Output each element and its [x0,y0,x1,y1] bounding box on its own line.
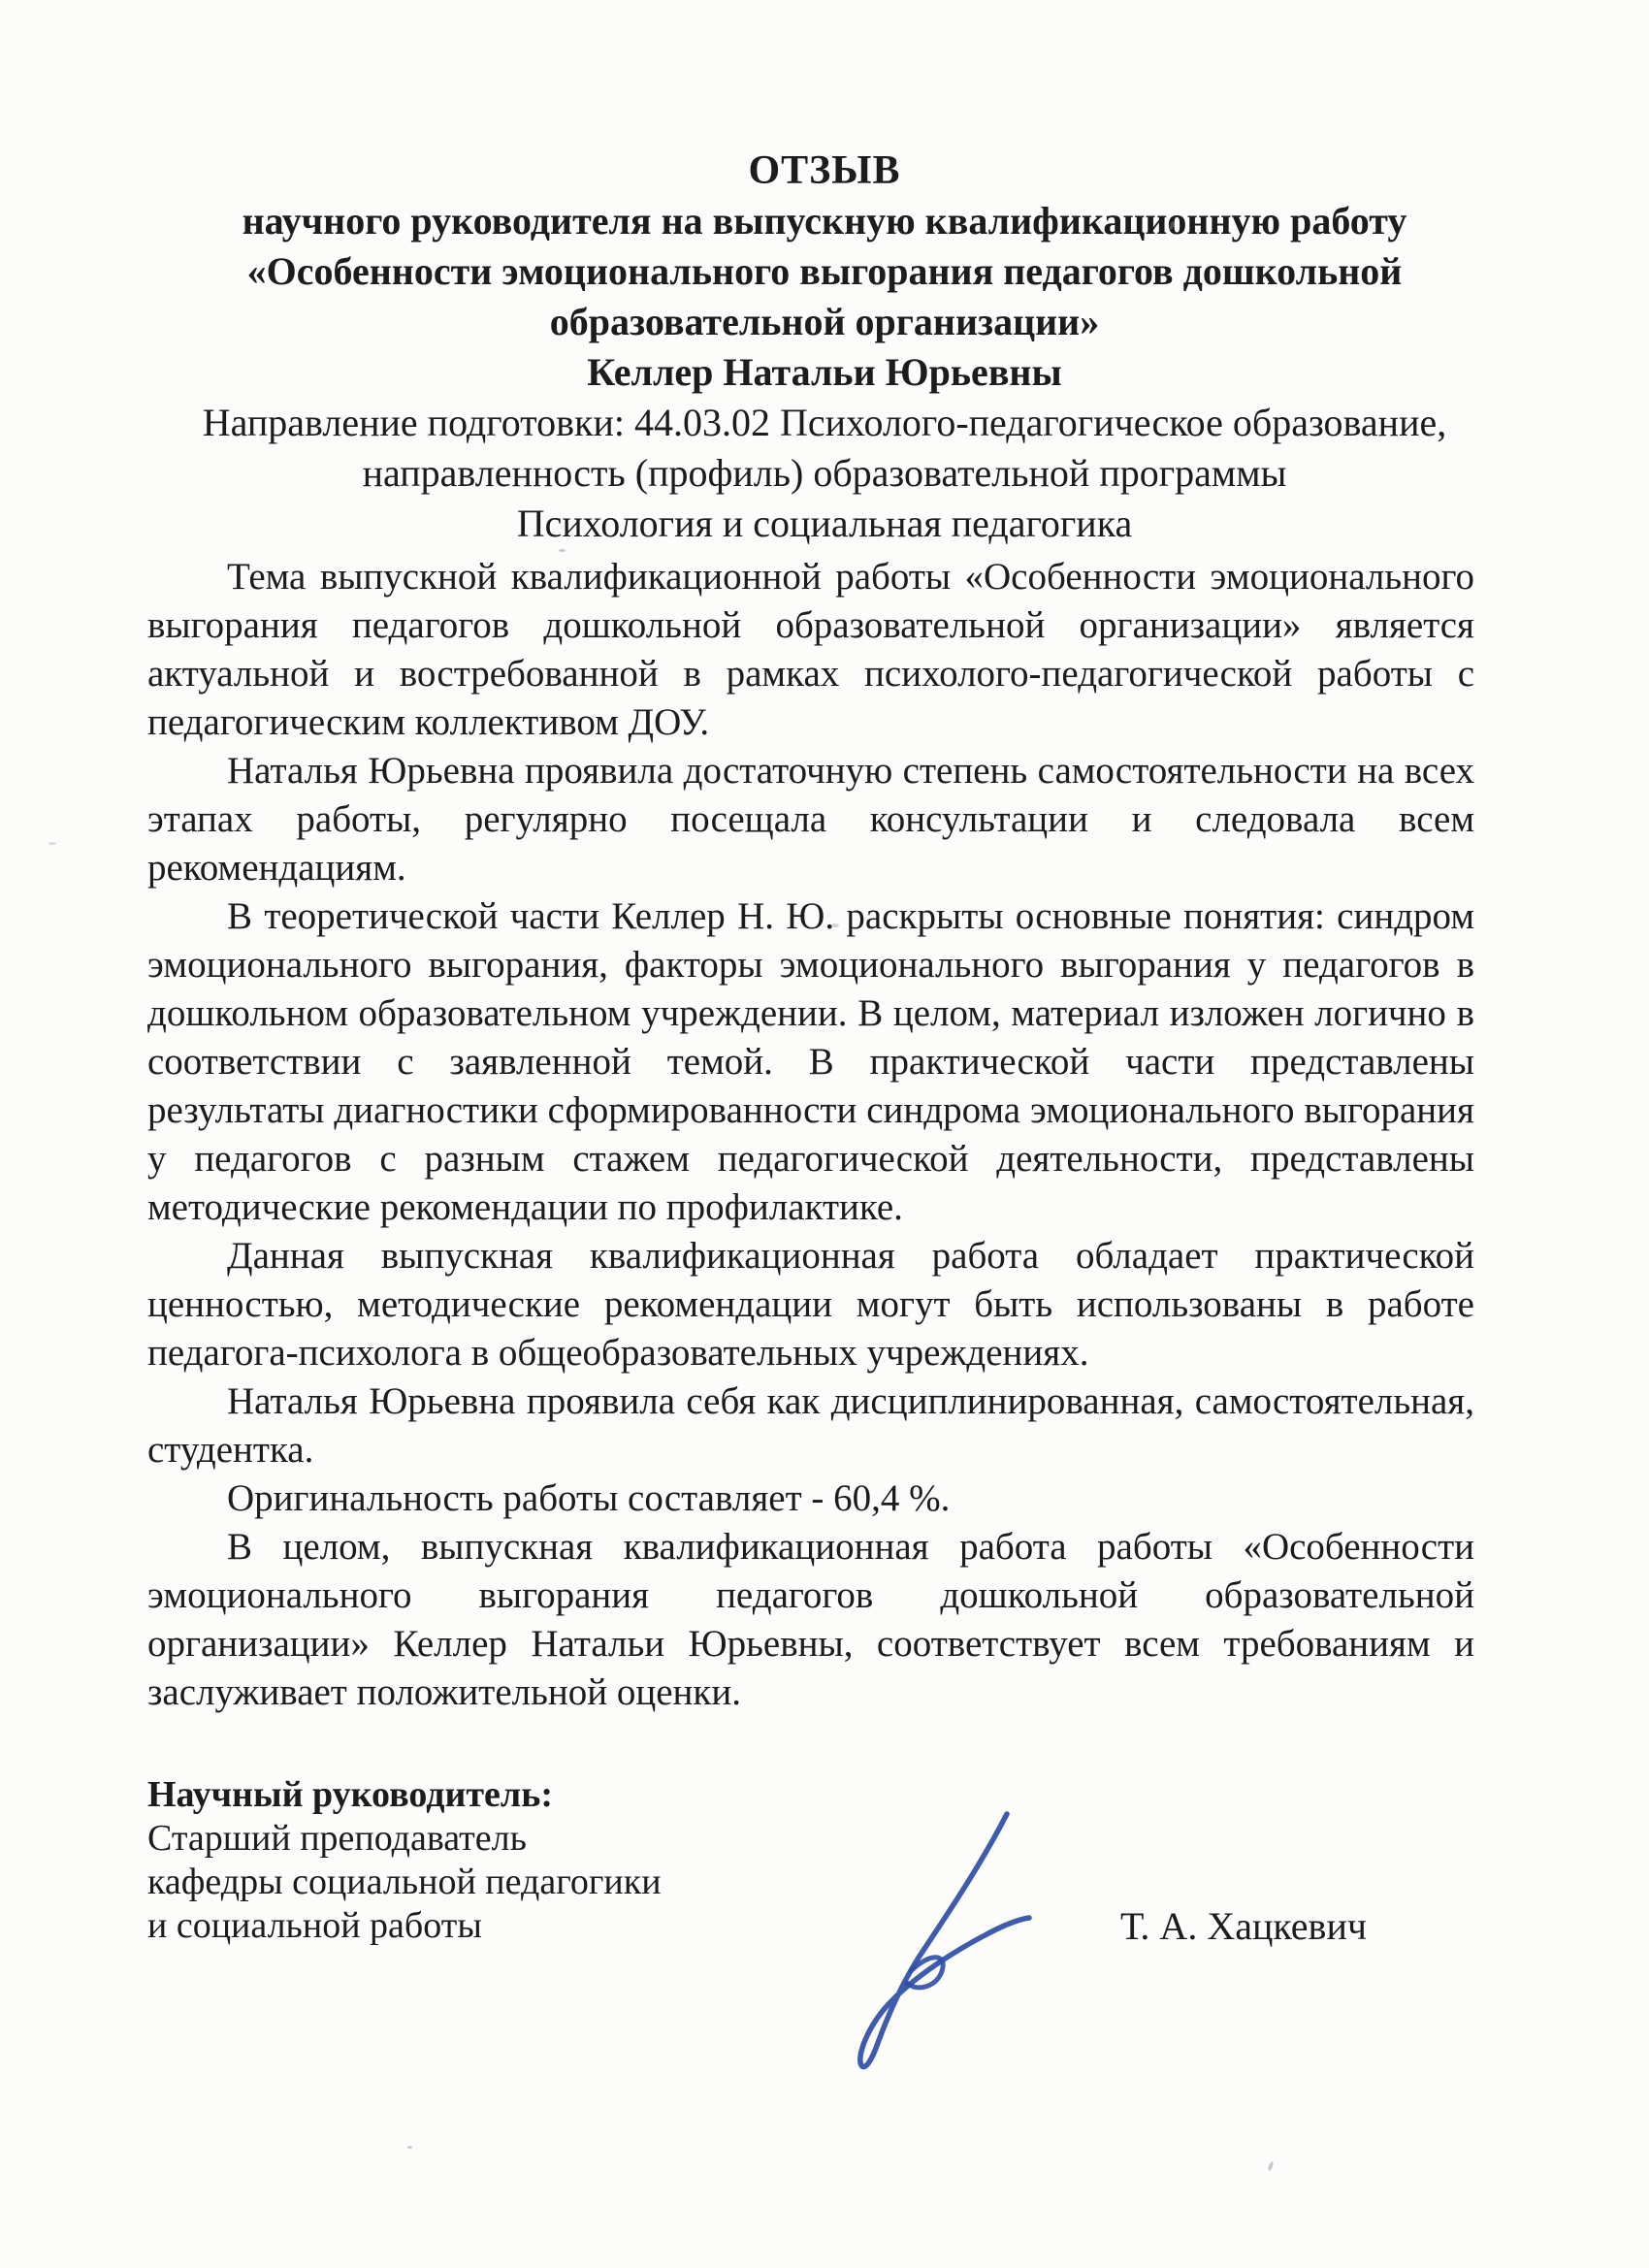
paragraph: Наталья Юрьевна проявила достаточную сте… [147,747,1474,892]
signature-position-line: кафедры социальной педагогики [147,1861,662,1904]
scan-speck [830,923,839,927]
scan-speck [1267,2161,1274,2172]
scan-speck [407,2146,412,2149]
document-type-title: ОТЗЫВ [0,146,1649,196]
review-body: Тема выпускной квалификационной работы «… [147,553,1474,1717]
signature-block: Научный руководитель: Старший преподават… [147,1773,662,1948]
signature-stroke [860,1814,1029,2067]
signer-name: Т. А. Хацкевич [1120,1903,1367,1949]
signature-position-line: Старший преподаватель [147,1817,662,1861]
signature-heading: Научный руководитель: [147,1773,662,1817]
author-name-line: Келлер Натальи Юрьевны [0,347,1649,398]
paragraph: В теоретической части Келлер Н. Ю. раскр… [147,892,1474,1232]
paragraph: В целом, выпускная квалификационная рабо… [147,1523,1474,1717]
program-line: Направление подготовки: 44.03.02 Психоло… [0,398,1649,448]
document-title-block: ОТЗЫВ научного руководителя на выпускную… [0,146,1649,549]
program-line: направленность (профиль) образовательной… [0,448,1649,499]
scan-speck [559,549,566,552]
title-line: «Особенности эмоционального выгорания пе… [0,246,1649,297]
paragraph: Наталья Юрьевна проявила себя как дисцип… [147,1377,1474,1474]
title-line: образовательной организации» [0,297,1649,347]
title-line: научного руководителя на выпускную квали… [0,196,1649,246]
paragraph: Данная выпускная квалификационная работа… [147,1232,1474,1377]
signature-position-line: и социальной работы [147,1904,662,1948]
paragraph: Тема выпускной квалификационной работы «… [147,553,1474,747]
document-page: ОТЗЫВ научного руководителя на выпускную… [0,0,1649,2268]
handwritten-signature [795,1785,1106,2095]
paragraph: Оригинальность работы составляет - 60,4 … [147,1474,1474,1523]
signature-loop-stroke [907,1958,943,1988]
scan-speck [48,842,56,845]
program-line: Психология и социальная педагогика [0,499,1649,549]
